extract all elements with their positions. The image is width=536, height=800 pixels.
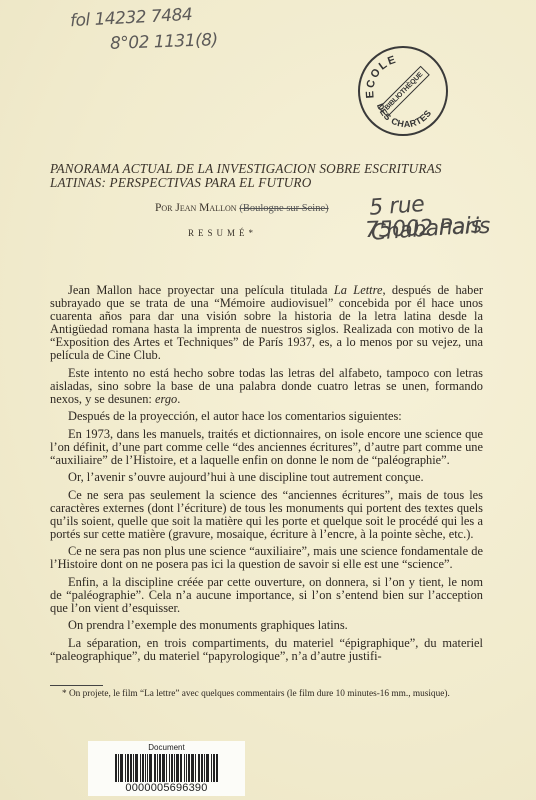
author-name: Por Jean Mallon (155, 202, 237, 214)
handwritten-shelfmark-line2: 8°02 1131(8) (110, 30, 218, 54)
paragraph: Después de la proyección, el autor hace … (50, 410, 483, 423)
paragraph: Ce ne sera pas seulement la science des … (50, 489, 483, 541)
handwritten-shelfmark-line1: fol 14232 7484 (70, 5, 193, 31)
footnote-text: * On projete, le film “La lettre” avec q… (50, 689, 483, 701)
struck-location: (Boulogne sur Seine) (239, 203, 328, 214)
footnote: * On projete, le film “La lettre” avec q… (50, 689, 483, 701)
paragraph: Este intento no está hecho sobre todas l… (50, 367, 483, 406)
title-line-1: PANORAMA ACTUAL DE LA INVESTIGACION SOBR… (50, 162, 490, 176)
paragraph: On prendra l’exemple des monuments graph… (50, 619, 483, 632)
article-title: PANORAMA ACTUAL DE LA INVESTIGACION SOBR… (50, 162, 490, 190)
emphasis: ergo (155, 392, 177, 406)
emphasis: La Lettre (334, 283, 383, 297)
barcode-caption: Document (88, 743, 245, 752)
paragraph: Jean Mallon hace proyectar una película … (50, 284, 483, 362)
paragraph: Enfin, a la discipline créée par cette o… (50, 576, 483, 615)
title-line-2: LATINAS: PERSPECTIVAS PARA EL FUTURO (50, 176, 490, 190)
paragraph: Or, l’avenir s’ouvre aujourd’hui à une d… (50, 471, 483, 484)
barcode-number: 0000005696390 (88, 782, 245, 794)
section-heading: RESUMÉ* (188, 228, 257, 238)
barcode-icon (115, 754, 218, 782)
handwritten-address-line2: 75002 Paris (365, 214, 491, 243)
byline: Por Jean Mallon (Boulogne sur Seine) (155, 202, 329, 214)
barcode-label: Document 0000005696390 (88, 741, 245, 796)
paragraph: En 1973, dans les manuels, traités et di… (50, 428, 483, 467)
article-body: Jean Mallon hace proyectar una película … (50, 284, 483, 667)
paragraph: La séparation, en trois compartiments, d… (50, 637, 483, 663)
paragraph: Ce ne sera pas non plus une science “aux… (50, 545, 483, 571)
footnote-divider (50, 685, 103, 686)
library-stamp: ECOLE DES CHARTES BIBLIOTHÈQUE (358, 46, 448, 136)
